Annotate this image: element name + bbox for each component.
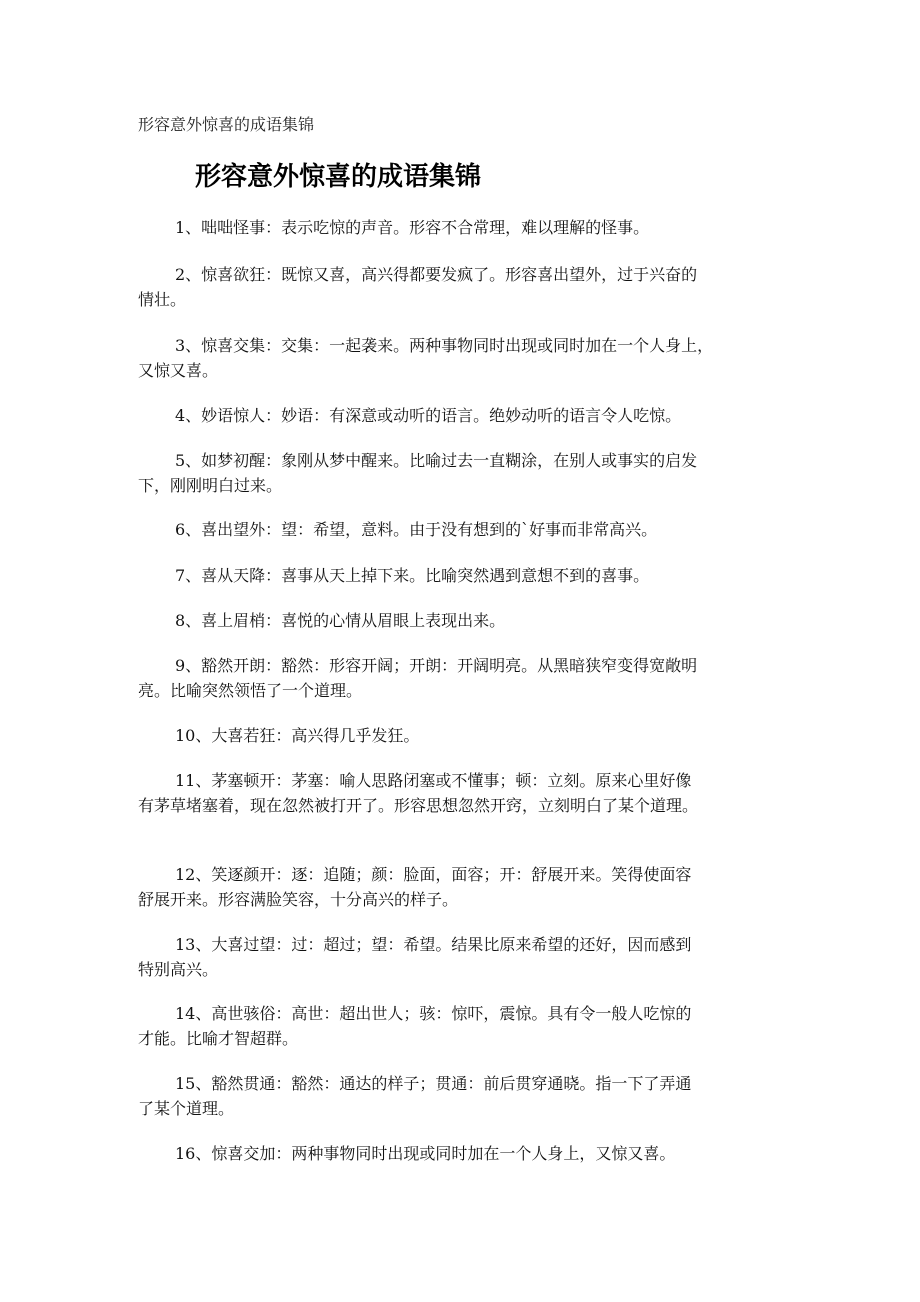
entry-line: 1、咄咄怪事：表示吃惊的声音。形容不合常理，难以理解的怪事。 [138,215,798,240]
entry-line: 16、惊喜交加：两种事物同时出现或同时加在一个人身上，又惊又喜。 [138,1141,798,1166]
entry-8: 8、喜上眉梢：喜悦的心情从眉眼上表现出来。 [138,608,798,633]
entry-1: 1、咄咄怪事：表示吃惊的声音。形容不合常理，难以理解的怪事。 [138,215,798,240]
entry-line: 舒展开来。形容满脸笑容，十分高兴的样子。 [138,887,798,912]
entry-line: 了某个道理。 [138,1096,798,1121]
entry-10: 10、大喜若狂：高兴得几乎发狂。 [138,723,798,748]
entry-line: 2、惊喜欲狂：既惊又喜，高兴得都要发疯了。形容喜出望外，过于兴奋的 [138,262,798,287]
entry-2: 2、惊喜欲狂：既惊又喜，高兴得都要发疯了。形容喜出望外，过于兴奋的 情壮。 [138,262,798,312]
entry-5: 5、如梦初醒：象刚从梦中醒来。比喻过去一直糊涂，在别人或事实的启发 下，刚刚明白… [138,448,798,498]
entry-line: 14、高世骇俗：高世：超出世人；骇：惊吓，震惊。具有令一般人吃惊的 [138,1001,798,1026]
document-title: 形容意外惊喜的成语集锦 [195,160,481,194]
entry-line: 10、大喜若狂：高兴得几乎发狂。 [138,723,798,748]
entry-line: 8、喜上眉梢：喜悦的心情从眉眼上表现出来。 [138,608,798,633]
entry-line: 12、笑逐颜开：逐：追随；颜：脸面，面容；开：舒展开来。笑得使面容 [138,862,798,887]
entry-14: 14、高世骇俗：高世：超出世人；骇：惊吓，震惊。具有令一般人吃惊的 才能。比喻才… [138,1001,798,1051]
entry-line: 6、喜出望外：望：希望，意料。由于没有想到的`好事而非常高兴。 [138,517,798,542]
entry-line: 9、豁然开朗：豁然：形容开阔；开朗：开阔明亮。从黑暗狭窄变得宽敞明 [138,653,798,678]
entry-line: 有茅草堵塞着，现在忽然被打开了。形容思想忽然开窍，立刻明白了某个道理。 [138,793,798,818]
entry-9: 9、豁然开朗：豁然：形容开阔；开朗：开阔明亮。从黑暗狭窄变得宽敞明 亮。比喻突然… [138,653,798,703]
entry-line: 3、惊喜交集：交集：一起袭来。两种事物同时出现或同时加在一个人身上， [138,333,798,358]
entry-12: 12、笑逐颜开：逐：追随；颜：脸面，面容；开：舒展开来。笑得使面容 舒展开来。形… [138,862,798,912]
entry-line: 11、茅塞顿开：茅塞：喻人思路闭塞或不懂事；顿：立刻。原来心里好像 [138,768,798,793]
entry-6: 6、喜出望外：望：希望，意料。由于没有想到的`好事而非常高兴。 [138,517,798,542]
entry-15: 15、豁然贯通：豁然：通达的样子；贯通：前后贯穿通晓。指一下了弄通 了某个道理。 [138,1071,798,1121]
entry-line: 才能。比喻才智超群。 [138,1026,798,1051]
entry-line: 7、喜从天降：喜事从天上掉下来。比喻突然遇到意想不到的喜事。 [138,563,798,588]
page-header-text: 形容意外惊喜的成语集锦 [138,115,314,135]
entry-line: 15、豁然贯通：豁然：通达的样子；贯通：前后贯穿通晓。指一下了弄通 [138,1071,798,1096]
entry-line: 下，刚刚明白过来。 [138,473,798,498]
entry-line: 又惊又喜。 [138,358,798,383]
entry-line: 情壮。 [138,287,798,312]
entry-line: 4、妙语惊人：妙语：有深意或动听的语言。绝妙动听的语言令人吃惊。 [138,403,798,428]
entry-3: 3、惊喜交集：交集：一起袭来。两种事物同时出现或同时加在一个人身上， 又惊又喜。 [138,333,798,383]
entry-4: 4、妙语惊人：妙语：有深意或动听的语言。绝妙动听的语言令人吃惊。 [138,403,798,428]
entry-line: 亮。比喻突然领悟了一个道理。 [138,678,798,703]
entry-line: 特别高兴。 [138,957,798,982]
entry-13: 13、大喜过望：过：超过；望：希望。结果比原来希望的还好，因而感到 特别高兴。 [138,932,798,982]
entry-11: 11、茅塞顿开：茅塞：喻人思路闭塞或不懂事；顿：立刻。原来心里好像 有茅草堵塞着… [138,768,798,818]
entry-line: 13、大喜过望：过：超过；望：希望。结果比原来希望的还好，因而感到 [138,932,798,957]
entry-16: 16、惊喜交加：两种事物同时出现或同时加在一个人身上，又惊又喜。 [138,1141,798,1166]
entry-7: 7、喜从天降：喜事从天上掉下来。比喻突然遇到意想不到的喜事。 [138,563,798,588]
entry-line: 5、如梦初醒：象刚从梦中醒来。比喻过去一直糊涂，在别人或事实的启发 [138,448,798,473]
